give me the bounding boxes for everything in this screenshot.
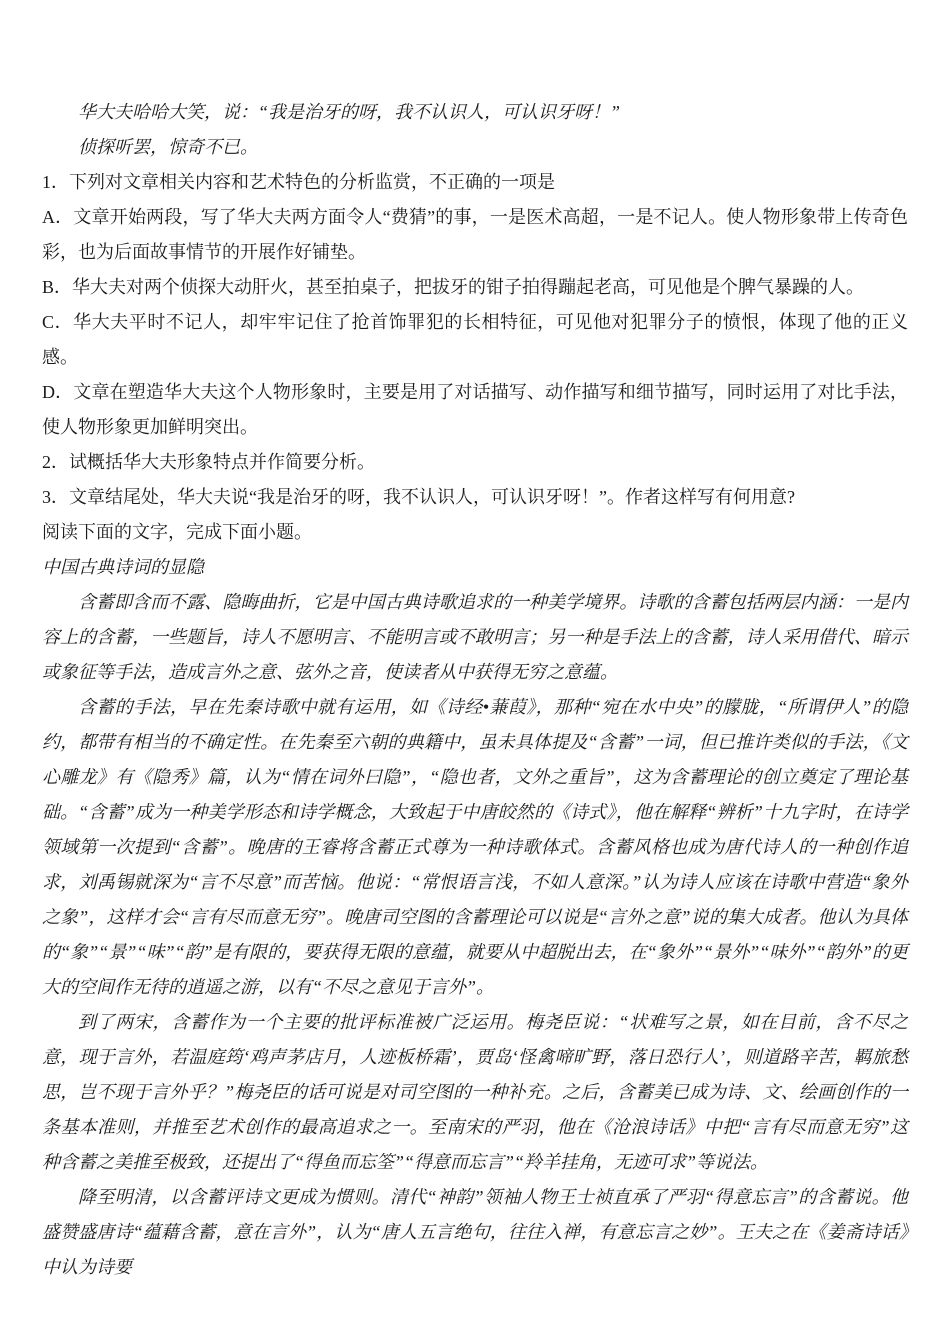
essay-paragraph-1: 含蓄即含而不露、隐晦曲折，它是中国古典诗歌追求的一种美学境界。诗歌的含蓄包括两层… <box>42 585 908 690</box>
essay-paragraph-4: 降至明清，以含蓄评诗文更成为惯则。清代“神韵”领袖人物王士祯直承了严羽“得意忘言… <box>42 1180 908 1285</box>
document-content: 华大夫哈哈大笑，说：“我是治牙的呀，我不认识人，可认识牙呀！” 侦探听罢，惊奇不… <box>0 0 950 1285</box>
question-2: 2．试概括华大夫形象特点并作简要分析。 <box>42 445 908 480</box>
reading-instruction: 阅读下面的文字，完成下面小题。 <box>42 515 908 550</box>
story-dialogue-line-2: 侦探听罢，惊奇不已。 <box>42 130 908 165</box>
story-dialogue-line-1: 华大夫哈哈大笑，说：“我是治牙的呀，我不认识人，可认识牙呀！” <box>42 95 908 130</box>
question-1-stem: 1．下列对文章相关内容和艺术特色的分析监赏，不正确的一项是 <box>42 165 908 200</box>
question-1-option-d: D．文章在塑造华大夫这个人物形象时，主要是用了对话描写、动作描写和细节描写，同时… <box>42 375 908 445</box>
document-page: 华大夫哈哈大笑，说：“我是治牙的呀，我不认识人，可认识牙呀！” 侦探听罢，惊奇不… <box>0 0 950 1344</box>
essay-paragraph-3: 到了两宋，含蓄作为一个主要的批评标准被广泛运用。梅尧臣说：“状难写之景，如在目前… <box>42 1005 908 1180</box>
question-1-option-b: B．华大夫对两个侦探大动肝火，甚至拍桌子，把拔牙的钳子拍得蹦起老高，可见他是个脾… <box>42 270 908 305</box>
question-1-option-c: C．华大夫平时不记人，却牢牢记住了抢首饰罪犯的长相特征，可见他对犯罪分子的愤恨，… <box>42 305 908 375</box>
essay-paragraph-2: 含蓄的手法，早在先秦诗歌中就有运用，如《诗经•蒹葭》，那种“宛在水中央”的朦胧，… <box>42 690 908 1005</box>
question-1-option-a: A．文章开始两段，写了华大夫两方面令人“费猜”的事，一是医术高超，一是不记人。使… <box>42 200 908 270</box>
essay-title: 中国古典诗词的显隐 <box>42 550 908 585</box>
question-3: 3．文章结尾处，华大夫说“我是治牙的呀，我不认识人，可认识牙呀！”。作者这样写有… <box>42 480 908 515</box>
